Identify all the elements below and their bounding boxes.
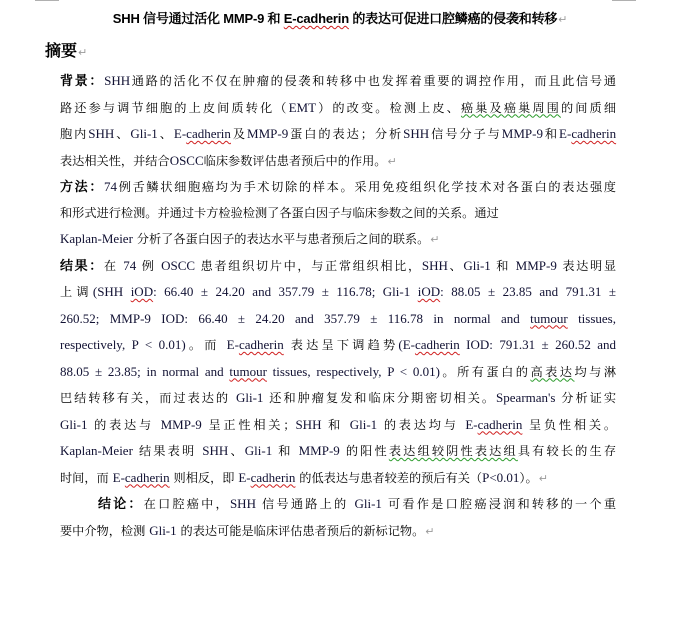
text: 要中介物，检测 — [60, 524, 149, 538]
title-text-2: 的表达可促进口腔鳞癌的侵袭和转移 — [349, 11, 557, 26]
text: 及 — [231, 127, 247, 141]
text: 上调 — [60, 285, 93, 299]
text: 的表达可能是临床评估患者预后的新标记物。 — [177, 524, 425, 538]
text: 分析了各蛋白因子的表达水平与患者预后之间的联系。 — [133, 232, 429, 246]
text: 。而 — [186, 338, 227, 352]
text-latin: Gli-1 — [354, 496, 381, 511]
text: 路还参与调节细胞的上皮间质转化（ — [60, 101, 289, 115]
paragraph-mark-icon: ↵ — [558, 14, 567, 26]
text: 表达明显 — [557, 259, 616, 273]
paragraph-mark-icon: ↵ — [78, 46, 87, 59]
text: 信号分子与 — [429, 127, 502, 141]
text-latin: E- — [465, 417, 477, 432]
text: 结果表明 — [133, 444, 202, 458]
margin-corner-mark-left — [35, 0, 59, 1]
text-latin: 88.05 ± 23.85; in normal and — [60, 364, 229, 379]
text-latin: SHH — [295, 417, 321, 432]
text: 表达相关性，并结合 — [60, 154, 170, 168]
text-latin: SHH — [104, 73, 130, 88]
text: 、 — [158, 127, 174, 141]
text: 和 — [543, 127, 559, 141]
text: 则相反，即 — [170, 471, 239, 485]
text-latin: tissues, respectively, P < 0.01) — [267, 364, 440, 379]
text: 。所有蛋白的 — [440, 365, 531, 379]
paragraph-mark-icon: ↵ — [430, 233, 439, 246]
title-text-1: SHH 信号通过活化 MMP-9 和 — [113, 11, 284, 26]
conclusion-paragraph: 结论：在口腔癌中，SHH 信号通路上的 Gli-1 可看作是口腔癌浸润和转移的一… — [60, 491, 616, 544]
spell-flagged-word: cadherin — [251, 470, 296, 485]
text: 患者组织切片中，与正常组织相比， — [195, 259, 422, 273]
text: 信号通路上的 — [256, 497, 354, 511]
abstract-body: 背景：SHH通路的活化不仅在肿瘤的侵袭和转移中也发挥着重要的调控作用，而且此信号… — [60, 68, 616, 544]
text-latin: OSCC — [161, 258, 195, 273]
text: 通路的活化不仅在肿瘤的侵袭和转移中也发挥着重要的调控作用，而且此信号通 — [130, 74, 616, 88]
text-latin: P<0.01 — [482, 470, 519, 485]
text: 可看作是口腔癌浸润和转移的一个重 — [382, 497, 616, 511]
text: 在 — [104, 259, 123, 273]
conclusion-label: 结论： — [98, 497, 144, 512]
text: 的间质细 — [561, 101, 616, 115]
text-latin: Gli-1 — [245, 443, 272, 458]
text-latin: MMP-9 — [502, 126, 543, 141]
paragraph-mark-icon: ↵ — [539, 472, 548, 485]
text-latin: Gli-1 — [149, 523, 176, 538]
background-paragraph: 背景：SHH通路的活化不仅在肿瘤的侵袭和转移中也发挥着重要的调控作用，而且此信号… — [60, 68, 616, 174]
text: 的表达与 — [87, 418, 160, 432]
text-latin: (E- — [398, 337, 415, 352]
grammar-flagged-text: 表达组较阴性表达组 — [389, 444, 518, 458]
document-title: SHH 信号通过活化 MMP-9 和 E-cadherin 的表达可促进口腔鳞癌… — [0, 8, 680, 27]
text-latin: Kaplan-Meier — [60, 231, 133, 246]
text: 和 — [321, 418, 349, 432]
text-latin: SHH — [88, 126, 114, 141]
text: 还和肿瘤复发和临床分期密切相关。 — [263, 391, 496, 405]
background-label: 背景： — [60, 74, 104, 89]
text-latin: MMP-9 — [299, 443, 340, 458]
text: 时间，而 — [60, 471, 113, 485]
text-latin: SHH — [422, 258, 448, 273]
text: 表达呈下调趋势 — [284, 338, 399, 352]
text: 呈正性相关； — [202, 418, 296, 432]
results-paragraph: 结果：在 74 例 OSCC 患者组织切片中，与正常组织相比，SHH、Gli-1… — [60, 253, 616, 492]
text-latin: Gli-1 — [350, 417, 377, 432]
margin-corner-mark-right — [612, 0, 636, 1]
text: 具有较长的生存 — [518, 444, 616, 458]
text: 、 — [114, 127, 130, 141]
paragraph-mark-icon: ↵ — [425, 525, 434, 538]
text-latin: Gli-1 — [463, 258, 490, 273]
text: 例 — [136, 259, 161, 273]
grammar-flagged-text: 癌巢及癌巢周围 — [461, 101, 561, 115]
text-latin: EMT — [289, 100, 316, 115]
text-latin: SHH — [230, 496, 256, 511]
text: 、 — [228, 444, 244, 458]
text-latin: Kaplan-Meier — [60, 443, 133, 458]
abstract-heading: 摘要↵ — [45, 38, 87, 61]
text: 和 — [272, 444, 298, 458]
text-latin: MMP-9 — [247, 126, 288, 141]
spell-flagged-word: cadherin — [415, 337, 460, 352]
text-latin: SHH — [202, 443, 228, 458]
text: 的低表达与患者较差的预后有关（ — [295, 471, 482, 485]
spell-flagged-word: iOD — [418, 284, 440, 299]
spell-flagged-word: tumour — [530, 311, 568, 326]
text: 、 — [448, 259, 463, 273]
spell-flagged-word: cadherin — [125, 470, 170, 485]
methods-label: 方法： — [60, 180, 104, 195]
text-latin: MMP-9 — [161, 417, 202, 432]
spell-flagged-word: tumour — [229, 364, 267, 379]
text: 蛋白的表达；分析 — [288, 127, 403, 141]
text-latin: E- — [227, 337, 239, 352]
methods-paragraph: 方法：74例舌鳞状细胞癌均为手术切除的样本。采用免疫组织化学技术对各蛋白的表达强… — [60, 174, 616, 253]
text-latin: respectively, P < 0.01) — [60, 337, 186, 352]
text-latin: Gli-1 — [130, 126, 157, 141]
spell-flagged-word: cadherin — [239, 337, 284, 352]
text-latin: Spearman's — [496, 390, 555, 405]
text: 的表达均与 — [377, 418, 465, 432]
spell-flagged-word: cadherin — [186, 126, 231, 141]
text: 的阳性 — [340, 444, 389, 458]
text: 和 — [491, 259, 516, 273]
grammar-flagged-text: 高表达 — [530, 365, 574, 379]
title-spell-word: E-cadherin — [284, 11, 349, 26]
text: 呈负性相关。 — [522, 418, 616, 432]
text-latin: E- — [559, 126, 571, 141]
text: ）。 — [519, 471, 537, 485]
text-latin: SHH — [403, 126, 429, 141]
text: ）的改变。检测上皮、 — [316, 101, 461, 115]
text-latin: E- — [113, 470, 125, 485]
text-latin: tissues, — [568, 311, 616, 326]
text-latin: OSCC — [170, 153, 204, 168]
text-latin: IOD: 791.31 ± 260.52 and — [460, 337, 616, 352]
text: 和形式进行检测。并通过卡方检验检测了各蛋白因子与临床参数之间的关系。通过 — [60, 206, 499, 220]
text-latin: Gli-1 — [236, 390, 263, 405]
text-latin: 260.52; MMP-9 IOD: 66.40 ± 24.20 and 357… — [60, 311, 530, 326]
text-latin: (SHH — [93, 284, 131, 299]
text: 在口腔癌中， — [144, 497, 230, 511]
text: 巴结转移有关，而过表达的 — [60, 391, 236, 405]
spell-flagged-word: iOD — [131, 284, 153, 299]
text-latin: MMP-9 — [516, 258, 557, 273]
abstract-heading-text: 摘要 — [45, 41, 77, 60]
text-latin: E- — [174, 126, 186, 141]
text-latin: : 88.05 ± 23.85 and 791.31 ± — [440, 284, 616, 299]
spell-flagged-word: cadherin — [478, 417, 523, 432]
paragraph-mark-icon: ↵ — [387, 155, 396, 168]
text-latin: 74 — [123, 258, 136, 273]
results-label: 结果： — [60, 259, 104, 274]
text: 胞内 — [60, 127, 88, 141]
text-latin: 74 — [104, 179, 117, 194]
spell-flagged-word: cadherin — [571, 126, 616, 141]
text: 例舌鳞状细胞癌均为手术切除的样本。采用免疫组织化学技术对各蛋白的表达强度 — [117, 180, 616, 194]
text-latin: : 66.40 ± 24.20 and 357.79 ± 116.78; Gli… — [153, 284, 418, 299]
text-latin: Gli-1 — [60, 417, 87, 432]
text: 分析证实 — [555, 391, 616, 405]
text: 临床参数评估患者预后中的作用。 — [204, 154, 387, 168]
text-latin: E- — [238, 470, 250, 485]
text: 均与淋 — [574, 365, 616, 379]
